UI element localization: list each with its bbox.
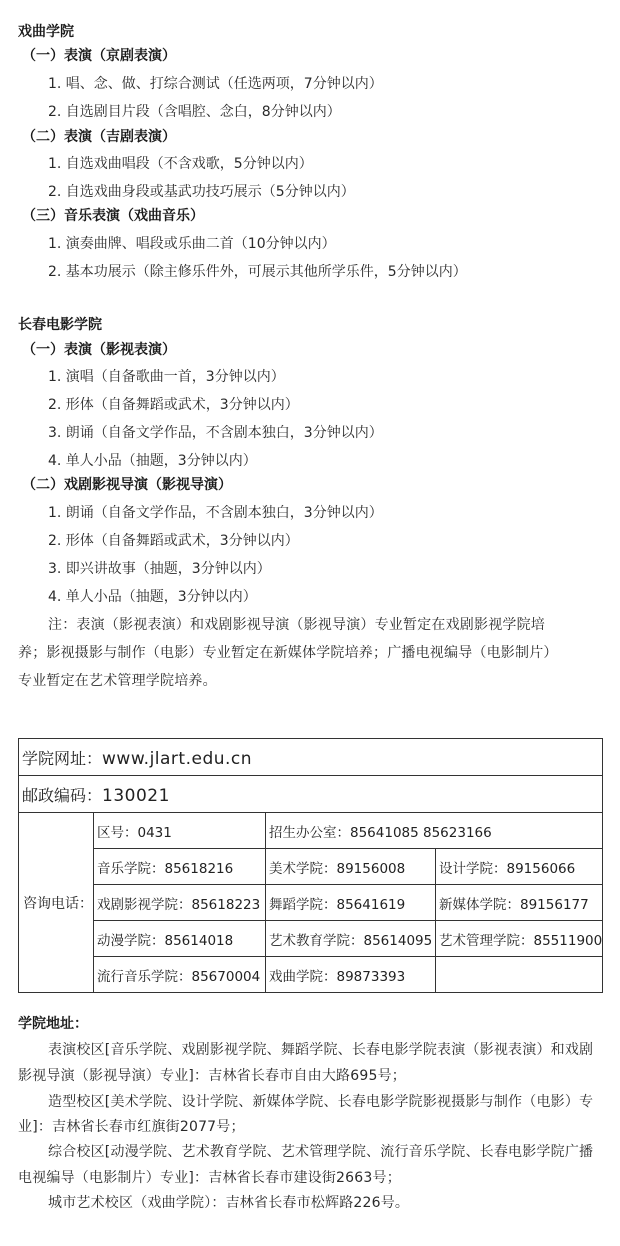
list-item: 4. 单人小品（抽题，3分钟以内）: [48, 587, 257, 607]
website-label: 学院网址：: [22, 749, 102, 768]
address-line: 城市艺术校区（戏曲学院）：吉林省长春市松辉路226号。: [48, 1193, 409, 1213]
phone-cell: 艺术教育学院：85614095: [266, 921, 436, 957]
group-heading: （一）表演（京剧表演）: [22, 46, 176, 66]
list-item: 2. 自选戏曲身段或基武功技巧展示（5分钟以内）: [48, 182, 355, 202]
table-row: 咨询电话： 区号：0431 招生办公室：85641085 85623166: [19, 813, 603, 849]
admissions-office-phone: 招生办公室：85641085 85623166: [266, 813, 603, 849]
area-code: 区号：0431: [94, 813, 266, 849]
phone-cell: 美术学院：89156008: [266, 849, 436, 885]
list-item: 1. 演奏曲牌、唱段或乐曲二首（10分钟以内）: [48, 234, 336, 254]
list-item: 1. 唱、念、做、打综合测试（任选两项，7分钟以内）: [48, 74, 383, 94]
list-item: 2. 形体（自备舞蹈或武术，3分钟以内）: [48, 395, 299, 415]
phone-cell: 戏剧影视学院：85618223: [94, 885, 266, 921]
phone-cell: 舞蹈学院：85641619: [266, 885, 436, 921]
group-heading: （二）表演（吉剧表演）: [22, 127, 176, 147]
postcode-value: 130021: [102, 786, 170, 806]
address-line: 表演校区[音乐学院、戏剧影视学院、舞蹈学院、长春电影学院表演（影视表演）和戏剧: [48, 1040, 593, 1060]
table-row: 音乐学院：85618216 美术学院：89156008 设计学院：8915606…: [19, 849, 603, 885]
table-row: 动漫学院：85614018 艺术教育学院：85614095 艺术管理学院：855…: [19, 921, 603, 957]
phone-cell: 新媒体学院：89156177: [436, 885, 603, 921]
section-title-opera-college: 戏曲学院: [18, 22, 74, 42]
postcode-row: 邮政编码：130021: [19, 776, 603, 813]
list-item: 1. 朗诵（自备文学作品，不含剧本独白，3分钟以内）: [48, 503, 383, 523]
address-line: 电视编导（电影制片）专业]：吉林省长春市建设街2663号；: [18, 1168, 401, 1188]
phone-label: 咨询电话：: [19, 813, 94, 993]
list-item: 2. 形体（自备舞蹈或武术，3分钟以内）: [48, 531, 299, 551]
list-item: 2. 基本功展示（除主修乐件外，可展示其他所学乐件，5分钟以内）: [48, 262, 467, 282]
section-title-film-college: 长春电影学院: [18, 315, 102, 335]
phone-cell: 设计学院：89156066: [436, 849, 603, 885]
phone-cell: 流行音乐学院：85670004: [94, 957, 266, 993]
list-item: 3. 朗诵（自备文学作品，不含剧本独白，3分钟以内）: [48, 423, 383, 443]
list-item: 3. 即兴讲故事（抽题，3分钟以内）: [48, 559, 271, 579]
table-row: 戏剧影视学院：85618223 舞蹈学院：85641619 新媒体学院：8915…: [19, 885, 603, 921]
address-title: 学院地址：: [18, 1014, 88, 1034]
phone-cell: 戏曲学院：89873393: [266, 957, 436, 993]
empty-cell: [436, 957, 603, 993]
group-heading: （三）音乐表演（戏曲音乐）: [22, 206, 204, 226]
contact-info-table: 学院网址：www.jlart.edu.cn 邮政编码：130021 咨询电话： …: [18, 738, 603, 993]
list-item: 4. 单人小品（抽题，3分钟以内）: [48, 451, 257, 471]
group-heading: （一）表演（影视表演）: [22, 340, 176, 360]
phone-cell: 艺术管理学院：85511900: [436, 921, 603, 957]
list-item: 1. 演唱（自备歌曲一首，3分钟以内）: [48, 367, 285, 387]
website-link[interactable]: www.jlart.edu.cn: [102, 749, 252, 769]
address-line: 业]：吉林省长春市红旗街2077号；: [18, 1117, 245, 1137]
address-line: 影视导演（影视导演）专业]：吉林省长春市自由大路695号；: [18, 1066, 406, 1086]
note-line: 注：表演（影视表演）和戏剧影视导演（影视导演）专业暂定在戏剧影视学院培: [48, 615, 545, 635]
list-item: 1. 自选戏曲唱段（不含戏歌，5分钟以内）: [48, 154, 313, 174]
group-heading: （二）戏剧影视导演（影视导演）: [22, 475, 232, 495]
phone-cell: 音乐学院：85618216: [94, 849, 266, 885]
list-item: 2. 自选剧目片段（含唱腔、念白，8分钟以内）: [48, 102, 341, 122]
address-line: 造型校区[美术学院、设计学院、新媒体学院、长春电影学院影视摄影与制作（电影）专: [48, 1092, 593, 1112]
note-line: 养；影视摄影与制作（电影）专业暂定在新媒体学院培养；广播电视编导（电影制片）: [18, 643, 558, 663]
postcode-label: 邮政编码：: [22, 786, 102, 805]
phone-cell: 动漫学院：85614018: [94, 921, 266, 957]
address-line: 综合校区[动漫学院、艺术教育学院、艺术管理学院、流行音乐学院、长春电影学院广播: [48, 1142, 593, 1162]
website-row: 学院网址：www.jlart.edu.cn: [19, 739, 603, 776]
table-row: 流行音乐学院：85670004 戏曲学院：89873393: [19, 957, 603, 993]
note-line: 专业暂定在艺术管理学院培养。: [18, 671, 217, 691]
